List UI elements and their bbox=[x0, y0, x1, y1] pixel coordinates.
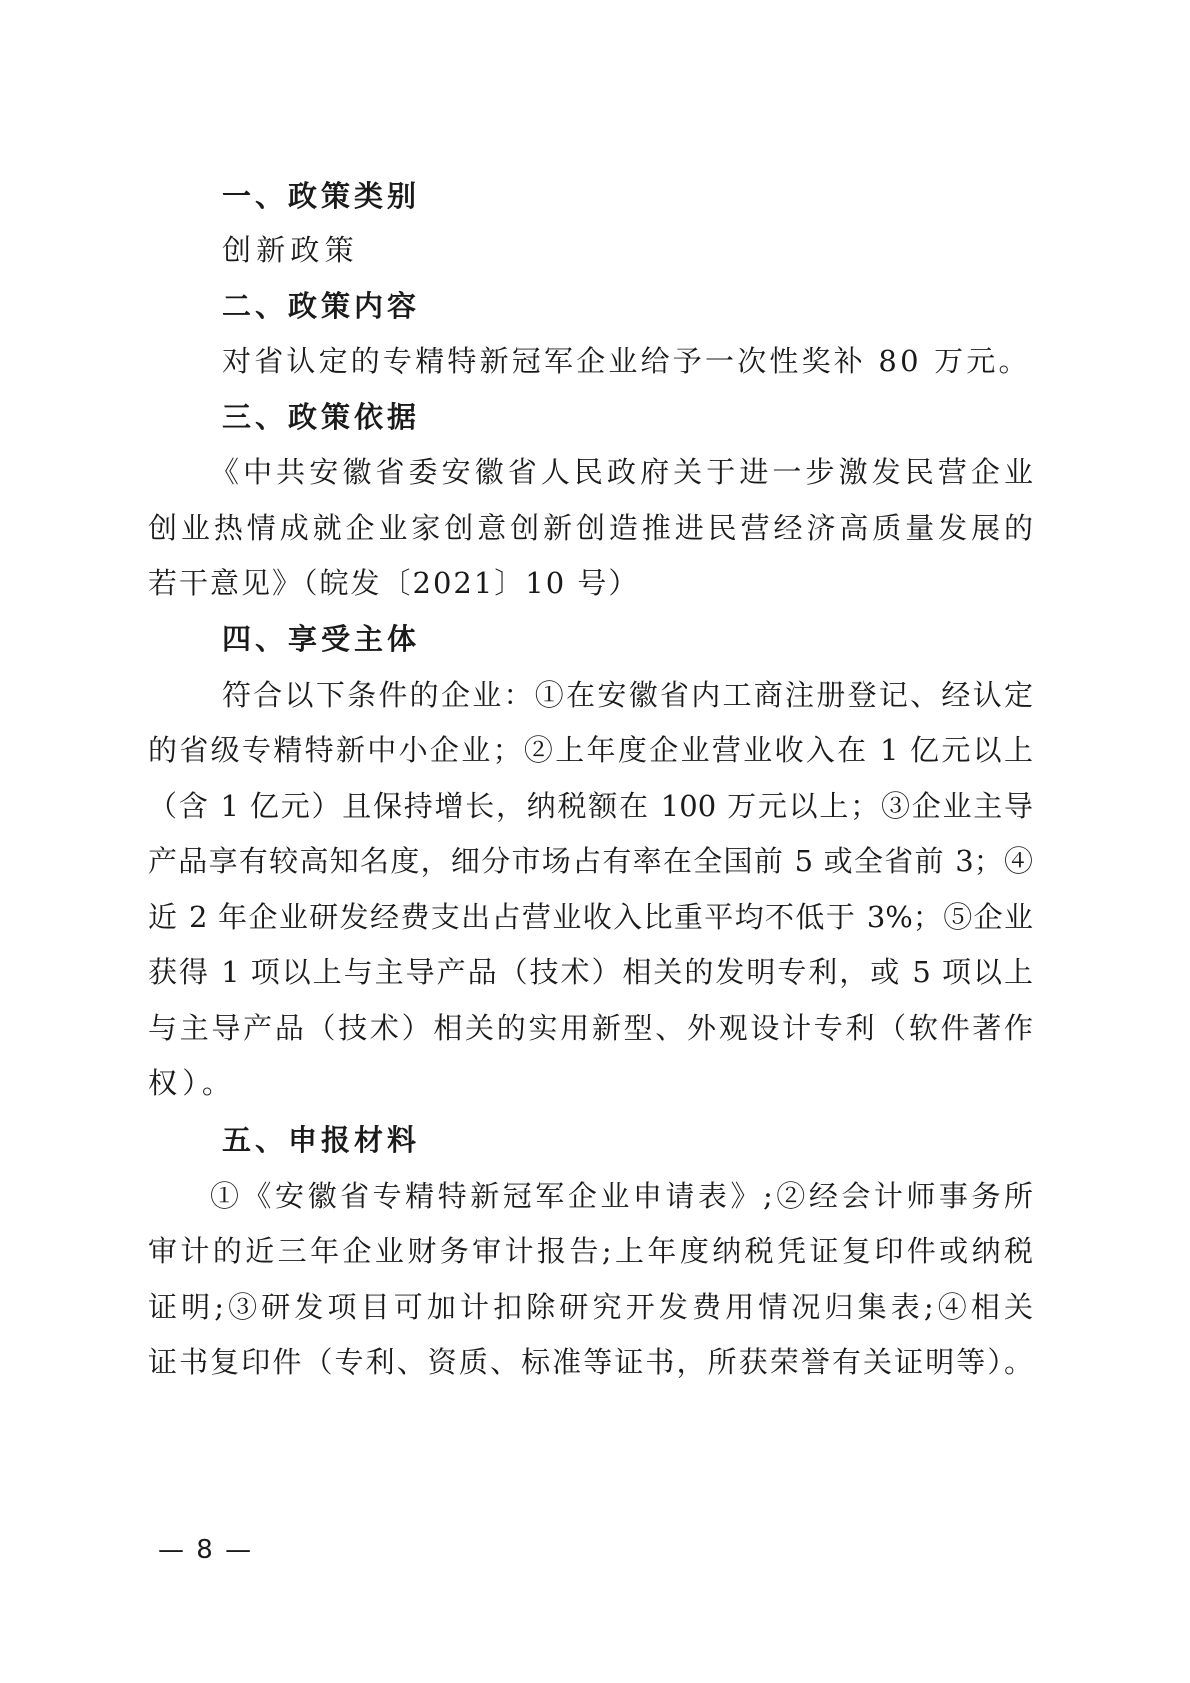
section-text-line: 获得 1 项以上与主导产品（技术）相关的发明专利，或 5 项以上 bbox=[148, 952, 1033, 992]
section-text-line: 创新政策 bbox=[222, 230, 1033, 270]
section-text-line: 证明;③研发项目可加计扣除研究开发费用情况归集表;④相关 bbox=[148, 1287, 1033, 1327]
section-text-line: 近 2 年企业研发经费支出占营业收入比重平均不低于 3%；⑤企业 bbox=[148, 897, 1033, 937]
section-heading-policy-content: 二、政策内容 bbox=[222, 286, 1033, 326]
section-text-line: 产品享有较高知名度，细分市场占有率在全国前 5 或全省前 3；④ bbox=[148, 841, 1033, 881]
section-text-line: 创业热情成就企业家创意创新创造推进民营经济高质量发展的 bbox=[148, 508, 1033, 548]
section-text-line: 权）。 bbox=[148, 1063, 1033, 1103]
section-heading-policy-category: 一、政策类别 bbox=[222, 176, 1033, 216]
section-text-line: 《中共安徽省委安徽省人民政府关于进一步激发民营企业 bbox=[210, 452, 1033, 492]
document-page: 一、政策类别 创新政策 二、政策内容 对省认定的专精特新冠军企业给予一次性奖补 … bbox=[0, 0, 1190, 1683]
section-text-line: 符合以下条件的企业：①在安徽省内工商注册登记、经认定 bbox=[222, 675, 1033, 715]
section-text-line: 与主导产品（技术）相关的实用新型、外观设计专利（软件著作 bbox=[148, 1008, 1033, 1048]
section-heading-policy-basis: 三、政策依据 bbox=[222, 397, 1033, 437]
section-text-line: 的省级专精特新中小企业；②上年度企业营业收入在 1 亿元以上 bbox=[148, 730, 1033, 770]
section-text-line: 对省认定的专精特新冠军企业给予一次性奖补 80 万元。 bbox=[222, 341, 1033, 381]
section-text-line: 审计的近三年企业财务审计报告;上年度纳税凭证复印件或纳税 bbox=[148, 1231, 1033, 1271]
section-heading-application-materials: 五、申报材料 bbox=[222, 1120, 1033, 1160]
section-text-line: 若干意见》（皖发〔2021〕10 号） bbox=[148, 563, 1033, 603]
page-number: — 8 — bbox=[158, 1533, 253, 1567]
section-text-line: （含 1 亿元）且保持增长，纳税额在 100 万元以上；③企业主导 bbox=[148, 786, 1033, 826]
section-heading-eligible-entities: 四、享受主体 bbox=[222, 619, 1033, 659]
section-text-line: 证书复印件（专利、资质、标准等证书，所获荣誉有关证明等）。 bbox=[148, 1342, 1033, 1382]
section-text-line: ①《安徽省专精特新冠军企业申请表》;②经会计师事务所 bbox=[210, 1176, 1033, 1216]
